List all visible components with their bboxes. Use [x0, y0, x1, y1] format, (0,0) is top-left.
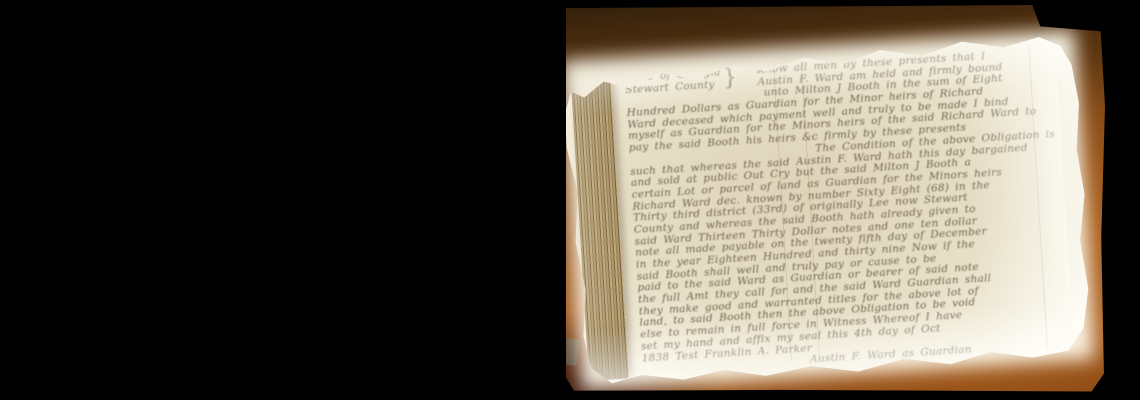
heading-brace: } [722, 66, 738, 90]
manuscript-text: State of Georgia Stewart County } Know a… [624, 48, 1060, 377]
record-book-photo: State of Georgia Stewart County } Know a… [566, 5, 1105, 393]
clamp-shadow [562, 338, 579, 366]
manuscript-page: State of Georgia Stewart County } Know a… [562, 32, 1095, 389]
